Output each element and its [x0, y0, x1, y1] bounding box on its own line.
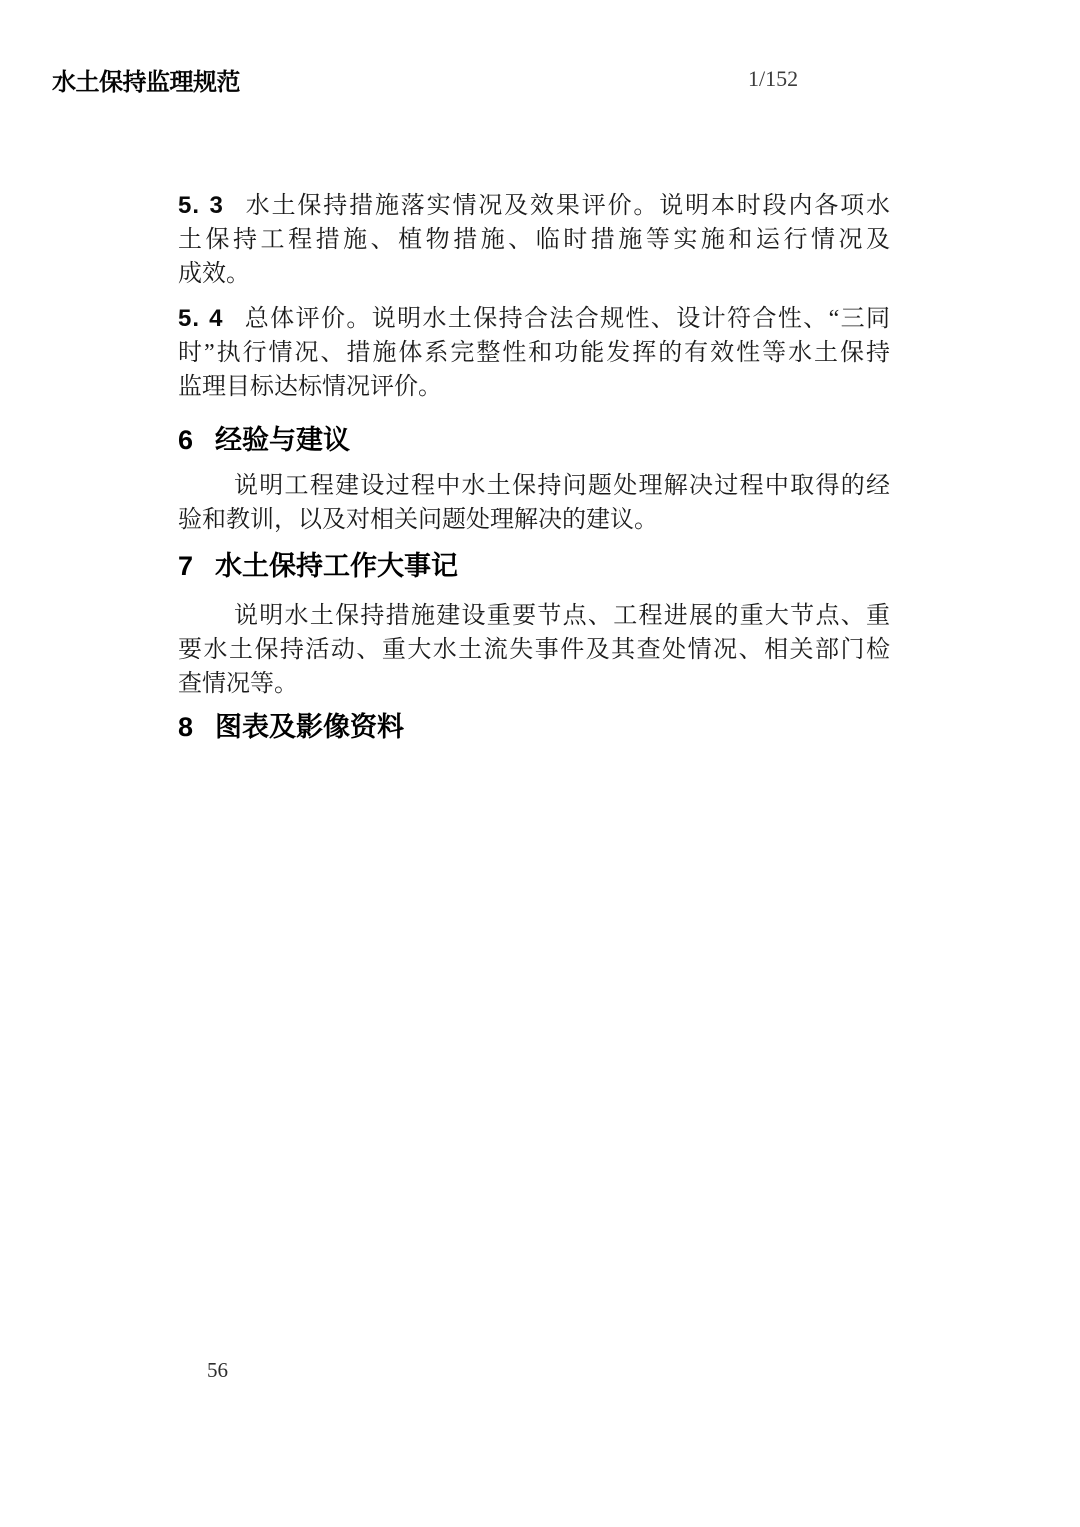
document-body: 5. 3水土保持措施落实情况及效果评价。说明本时段内各项水 土保持工程措施、植物… [178, 189, 890, 744]
clause-number: 5. 4 [178, 305, 223, 332]
text-line: 监理目标达标情况评价。 [178, 370, 890, 404]
clause-text: 总体评价。说明水土保持合法合规性、设计符合性、“三同 [243, 306, 890, 332]
heading-title: 经验与建议 [215, 425, 350, 455]
clause-5-3: 5. 3水土保持措施落实情况及效果评价。说明本时段内各项水 土保持工程措施、植物… [178, 189, 890, 291]
doc-title: 水土保持监理规范 [52, 62, 240, 97]
page-number: 56 [207, 1358, 228, 1383]
clause-text: 水土保持措施落实情况及效果评价。说明本时段内各项水 [244, 193, 890, 219]
section-heading-7: 7水土保持工作大事记 [178, 549, 890, 583]
heading-number: 8 [178, 712, 193, 742]
clause-5-4: 5. 4总体评价。说明水土保持合法合规性、设计符合性、“三同 时”执行情况、措施… [178, 302, 890, 404]
section-heading-6: 6经验与建议 [178, 423, 890, 457]
text-line: 土保持工程措施、植物措施、临时措施等实施和运行情况及 [178, 223, 890, 257]
heading-title: 水土保持工作大事记 [215, 551, 458, 581]
text-line: 成效。 [178, 257, 890, 291]
text-line: 说明水土保持措施建设重要节点、工程进展的重大节点、重 [178, 599, 890, 633]
heading-number: 6 [178, 425, 193, 455]
text-line: 说明工程建设过程中水土保持问题处理解决过程中取得的经 [178, 469, 890, 503]
heading-number: 7 [178, 551, 193, 581]
clause-number: 5. 3 [178, 192, 224, 219]
text-line: 查情况等。 [178, 667, 890, 701]
page-indicator: 1/152 [748, 66, 798, 92]
text-line: 5. 3水土保持措施落实情况及效果评价。说明本时段内各项水 [178, 189, 890, 223]
paragraph-6: 说明工程建设过程中水土保持问题处理解决过程中取得的经 验和教训，以及对相关问题处… [178, 469, 890, 537]
text-line: 要水土保持活动、重大水土流失事件及其查处情况、相关部门检 [178, 633, 890, 667]
text-line: 5. 4总体评价。说明水土保持合法合规性、设计符合性、“三同 [178, 302, 890, 336]
heading-title: 图表及影像资料 [215, 712, 404, 742]
text-line: 验和教训，以及对相关问题处理解决的建议。 [178, 503, 890, 537]
paragraph-7: 说明水土保持措施建设重要节点、工程进展的重大节点、重 要水土保持活动、重大水土流… [178, 599, 890, 701]
text-line: 时”执行情况、措施体系完整性和功能发挥的有效性等水土保持 [178, 336, 890, 370]
section-heading-8: 8图表及影像资料 [178, 710, 890, 744]
